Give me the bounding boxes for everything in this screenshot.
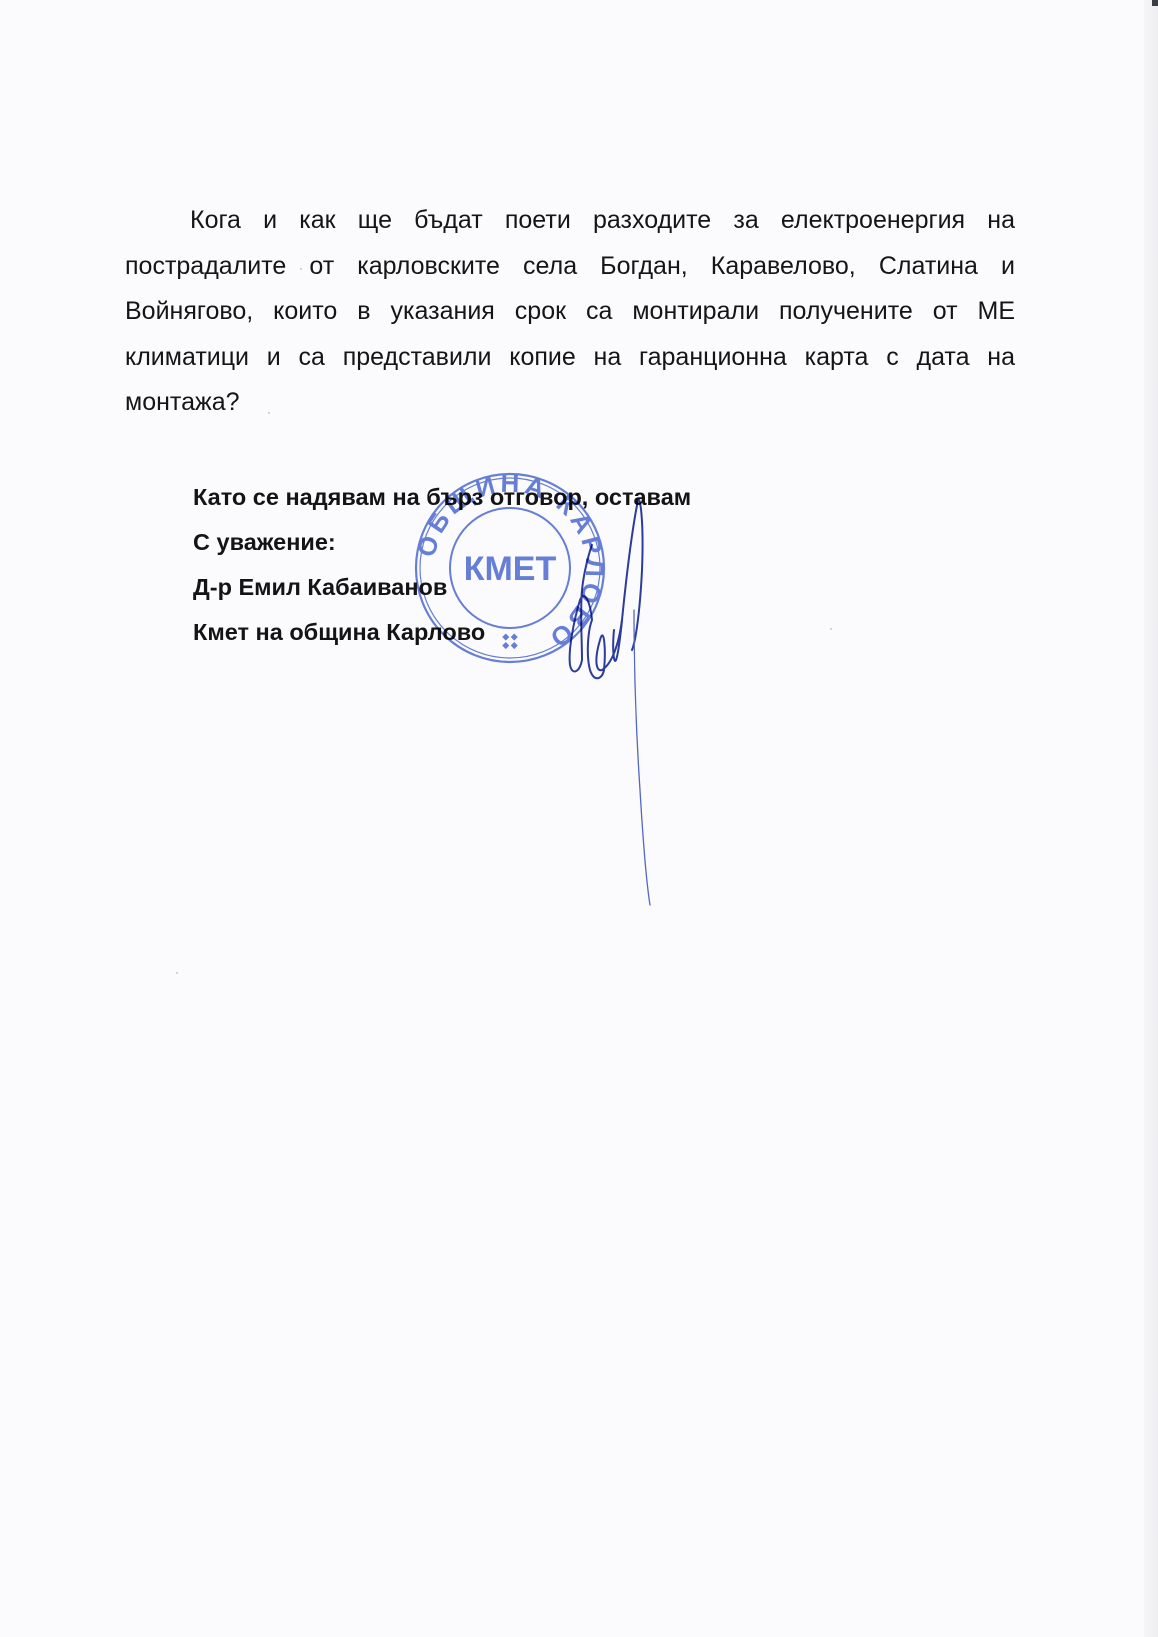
paragraph-line: климатици и са представили копие на гара… (125, 335, 1015, 381)
scan-speck (176, 972, 178, 974)
scanned-page: Кога и как ще бъдат поети разходите за е… (0, 0, 1158, 1637)
scan-speck (268, 412, 270, 414)
scan-edge-shadow (1144, 0, 1158, 1637)
scan-speck (300, 268, 302, 270)
handwritten-signature-icon (560, 490, 700, 910)
scan-corner-mark (1152, 0, 1158, 6)
paragraph-line: Войнягово, които в указания срок са монт… (125, 289, 1015, 335)
paragraph-line: монтажа? (125, 380, 1015, 426)
paragraph-line: пострадалите от карловските села Богдан,… (125, 244, 1015, 290)
paragraph-line: Кога и как ще бъдат поети разходите за е… (125, 198, 1015, 244)
question-paragraph: Кога и как ще бъдат поети разходите за е… (125, 198, 1015, 426)
scan-speck (830, 628, 832, 630)
stamp-center-text: КМЕТ (464, 550, 557, 588)
